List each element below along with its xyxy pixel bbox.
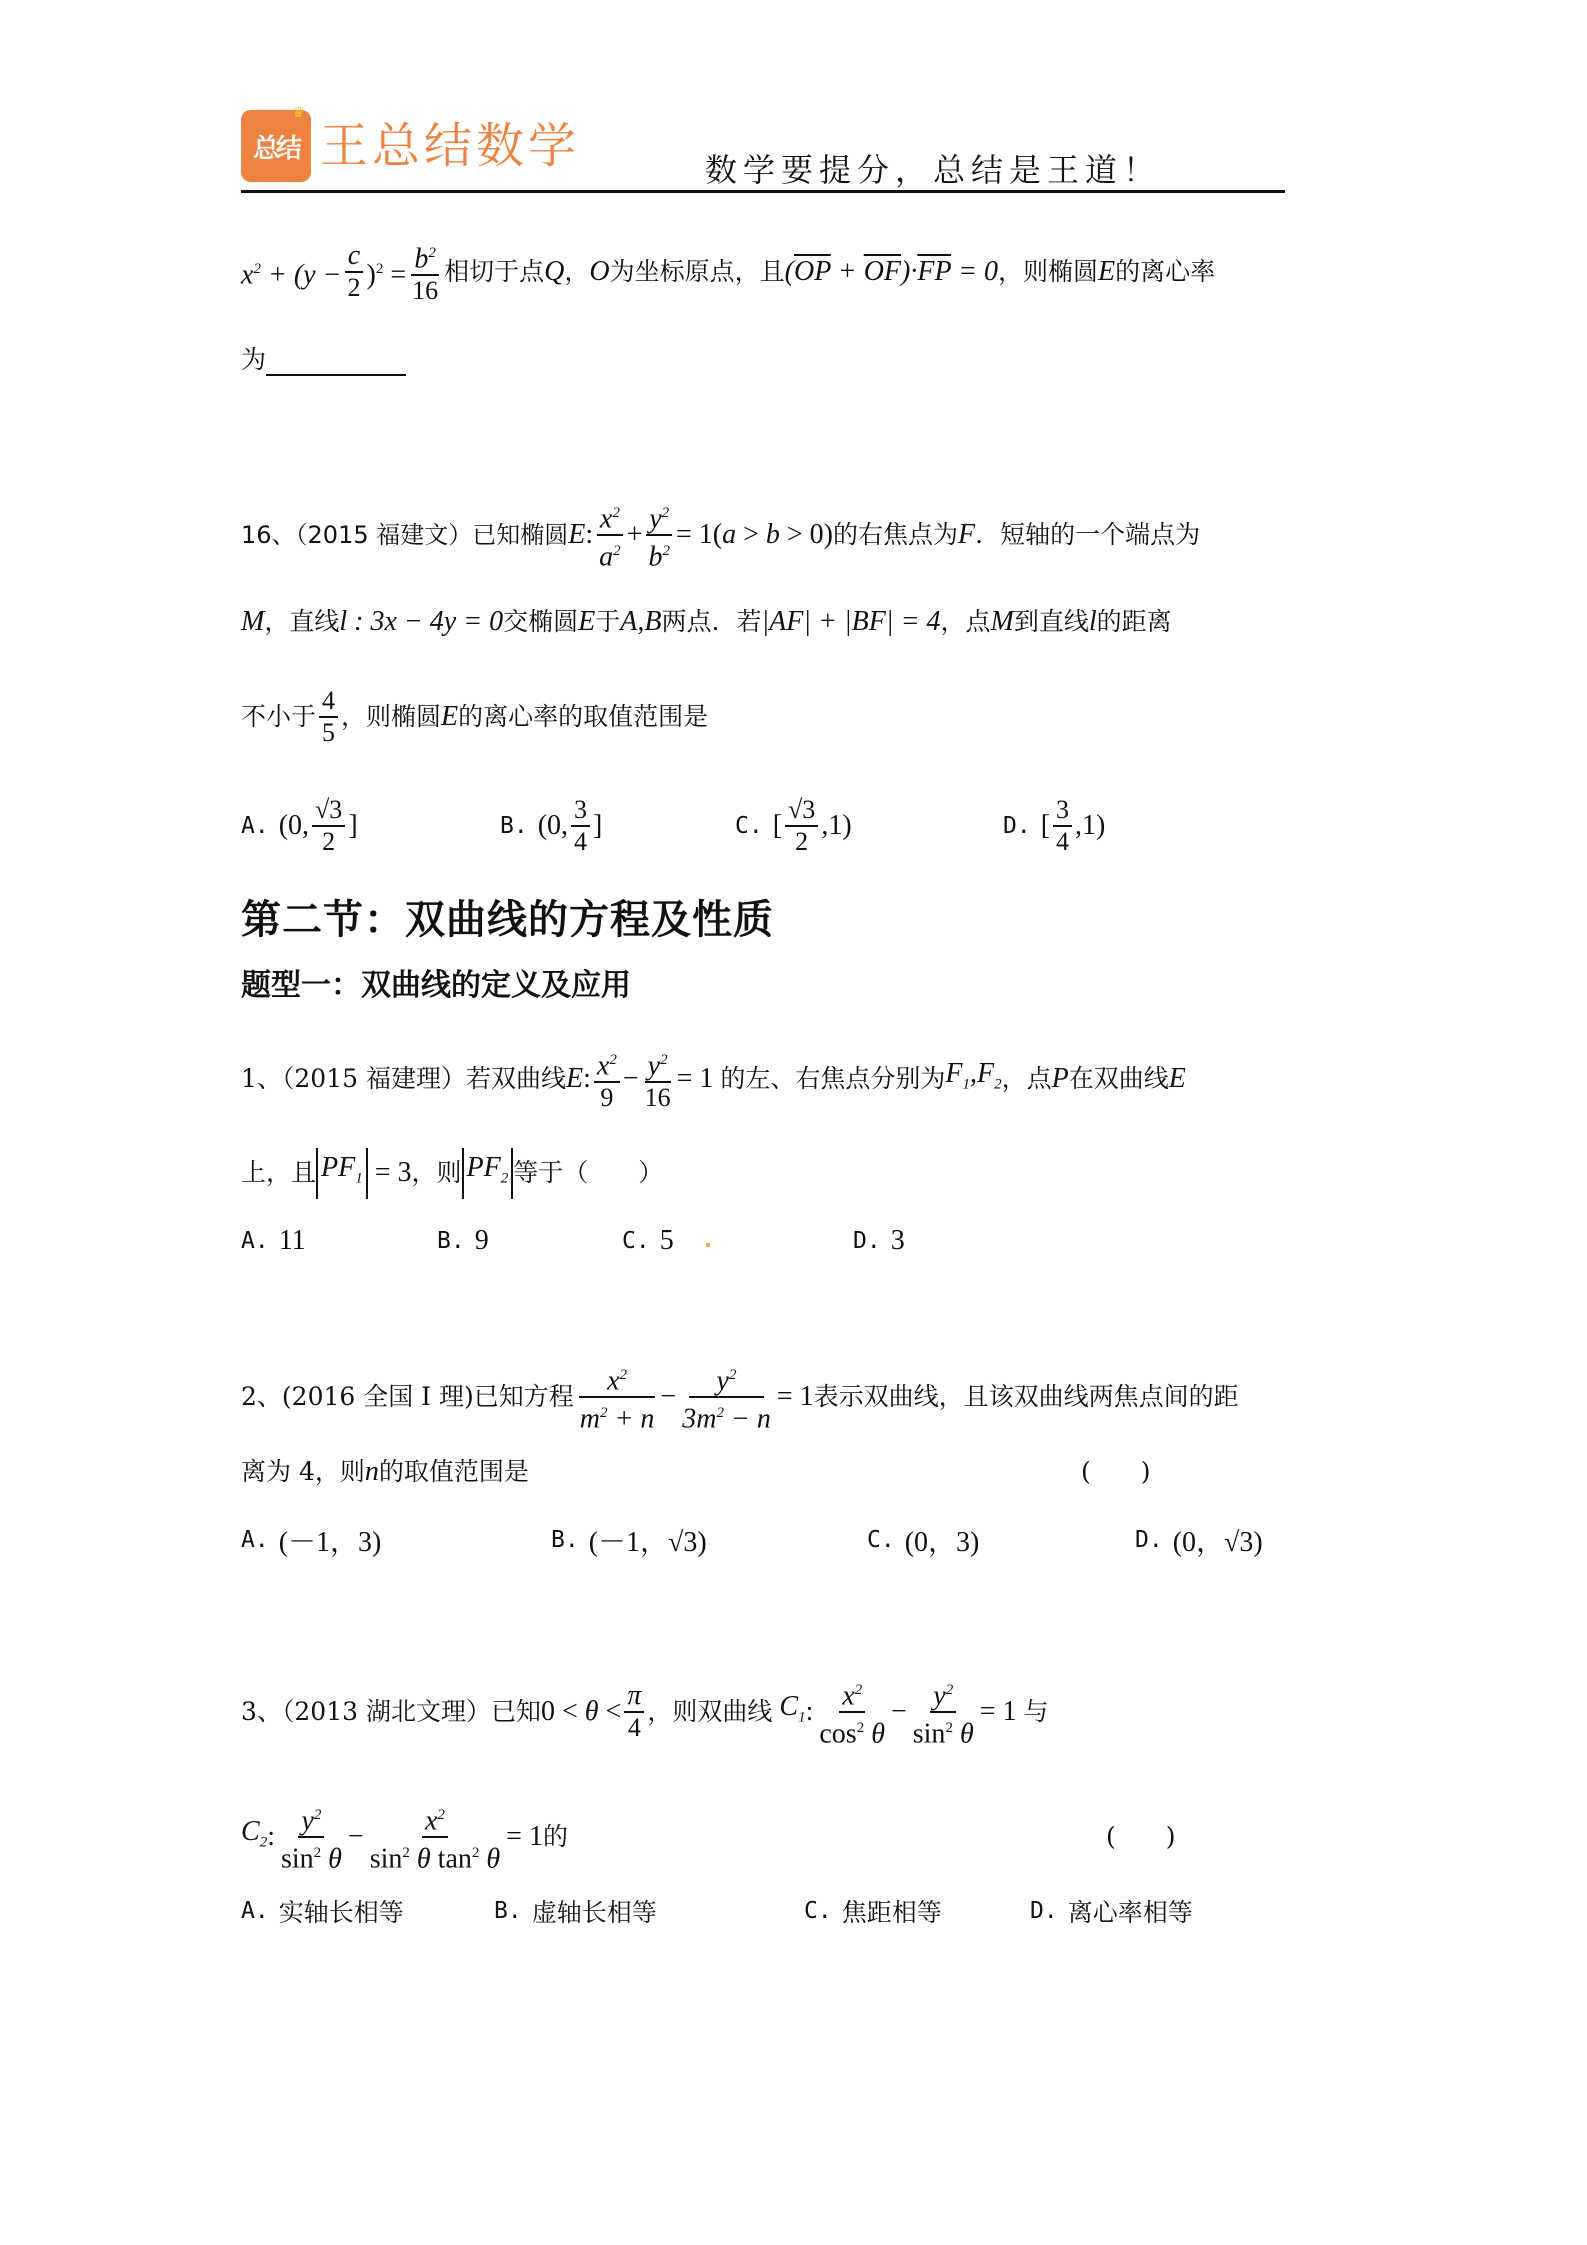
option-value: 虚轴长相等 bbox=[532, 1893, 657, 1929]
fraction-y2-b2: y2b2 bbox=[645, 498, 673, 573]
carryover-line-1: x2 + (y − c2 )2 = b216 相切于点 Q ， O 为坐标原点，… bbox=[241, 238, 1215, 306]
text: 的取值范围是 bbox=[379, 1452, 529, 1492]
text: 的离心率的取值范围是 bbox=[458, 697, 708, 737]
option-value: 实轴长相等 bbox=[279, 1893, 404, 1929]
q16-line-1: 16、（2015 福建文）已知椭圆 E: x2a2 + y2b2 = 1(a >… bbox=[241, 498, 1200, 573]
q1-line-2: 上，且 PF1 = 3 ，则 PF2 等于（ ） bbox=[241, 1148, 663, 1199]
option-label: A. bbox=[241, 1228, 269, 1254]
fraction-3-4: 34 bbox=[571, 795, 590, 857]
text: 的左、右焦点分别为 bbox=[720, 1059, 945, 1099]
text: 相切于点 bbox=[444, 252, 544, 292]
var-E: E bbox=[441, 697, 458, 737]
text: ，则双曲线 bbox=[647, 1692, 772, 1732]
fraction-y2-sin2: y2sin2 θ bbox=[278, 1800, 345, 1875]
abs-PF2: PF2 bbox=[462, 1148, 514, 1199]
math-circle-eq: x2 + (y − bbox=[241, 249, 342, 295]
q2-option-b[interactable]: B.(－1，√3) bbox=[551, 1520, 707, 1560]
stray-dot bbox=[706, 1243, 710, 1247]
curve-C2: C2 bbox=[241, 1812, 267, 1863]
var-E: E bbox=[1169, 1059, 1186, 1099]
q2-line-1: 2、(2016 全国 I 理)已知方程 x2m2 + n − y23m2 − n… bbox=[241, 1360, 1239, 1435]
var-E: E bbox=[568, 515, 585, 555]
option-value: (0，√3) bbox=[1173, 1520, 1263, 1560]
abs-condition: |AF| + |BF| = 4 bbox=[761, 602, 940, 642]
option-label: D. bbox=[1030, 1898, 1058, 1924]
text: 不小于 bbox=[241, 697, 316, 737]
text: ，则椭圆 bbox=[998, 252, 1098, 292]
q16-option-c[interactable]: C. [√32,1) bbox=[735, 795, 852, 857]
option-label: B. bbox=[551, 1527, 579, 1553]
text: 的 bbox=[543, 1817, 568, 1857]
fraction-3-4: 34 bbox=[1053, 795, 1072, 857]
text: 的右焦点为 bbox=[833, 515, 958, 555]
answer-parentheses[interactable]: ( ) bbox=[1106, 1817, 1176, 1857]
text: ．短轴的一个端点为 bbox=[975, 515, 1200, 555]
option-value: 9 bbox=[475, 1225, 489, 1257]
option-value: (0，3) bbox=[905, 1520, 980, 1560]
option-label: A. bbox=[241, 1527, 269, 1553]
option-label: A. bbox=[241, 813, 269, 839]
fraction-x2-cos2: x2cos2 θ bbox=[816, 1675, 888, 1750]
fraction-x2-m2n: x2m2 + n bbox=[577, 1360, 658, 1435]
q3-line-1: 3、（2013 湖北文理）已知 0 < θ < π4 ，则双曲线 C1: x2c… bbox=[241, 1675, 1049, 1750]
var-M: M bbox=[241, 602, 264, 642]
fraction-y2-16: y216 bbox=[642, 1045, 674, 1113]
q3-option-a[interactable]: A.实轴长相等 bbox=[241, 1893, 404, 1929]
text: 在双曲线 bbox=[1069, 1059, 1169, 1099]
crown-icon: ♛ bbox=[292, 108, 306, 118]
q2-option-c[interactable]: C.(0，3) bbox=[867, 1520, 979, 1560]
var-l: l bbox=[1089, 602, 1097, 642]
option-label: C. bbox=[735, 813, 763, 839]
text: 等于（ ） bbox=[513, 1153, 663, 1193]
q1-option-d[interactable]: D.3 bbox=[853, 1225, 905, 1257]
vector-expression: (OP + OF)·FP = 0 bbox=[785, 252, 998, 292]
var-F: F bbox=[958, 515, 975, 555]
option-value: 11 bbox=[279, 1225, 306, 1257]
logo-name: 王总结数学 bbox=[320, 116, 580, 176]
q2-line-2: 离为 4，则 n 的取值范围是 ( ) bbox=[241, 1452, 1281, 1492]
option-label: B. bbox=[437, 1228, 465, 1254]
question-prefix: 2、(2016 全国 I 理)已知方程 bbox=[241, 1377, 574, 1417]
option-label: D. bbox=[853, 1228, 881, 1254]
option-value: (－1，3) bbox=[279, 1520, 382, 1560]
q1-option-b[interactable]: B.9 bbox=[437, 1225, 489, 1257]
q3-option-b[interactable]: B.虚轴长相等 bbox=[494, 1893, 657, 1929]
var-M: M bbox=[990, 602, 1013, 642]
fraction-y2-sin2: y2sin2 θ bbox=[910, 1675, 977, 1750]
line-equation: l : 3x − 4y = 0 bbox=[339, 602, 503, 642]
text: ，则 bbox=[412, 1153, 462, 1193]
q1-line-1: 1、（2015 福建理）若双曲线 E: x29 − y216 = 1 的左、右焦… bbox=[241, 1045, 1186, 1113]
text: 两点．若 bbox=[661, 602, 761, 642]
q16-option-d[interactable]: D. [34,1) bbox=[1003, 795, 1105, 857]
text: 为坐标原点，且 bbox=[610, 252, 785, 292]
text: ，直线 bbox=[264, 602, 339, 642]
option-label: B. bbox=[500, 813, 528, 839]
option-label: C. bbox=[622, 1228, 650, 1254]
var-E: E bbox=[1098, 252, 1115, 292]
q2-option-a[interactable]: A.(－1，3) bbox=[241, 1520, 381, 1560]
var-AB: A,B bbox=[620, 602, 661, 642]
fraction-x2-sin2tan2: x2sin2 θ tan2 θ bbox=[367, 1800, 503, 1875]
option-label: D. bbox=[1003, 813, 1031, 839]
var-P: P bbox=[1052, 1059, 1069, 1099]
text: ，则椭圆 bbox=[341, 697, 441, 737]
section-title: 第二节：双曲线的方程及性质 bbox=[241, 888, 774, 945]
math-eq-mid: )2 = bbox=[367, 249, 407, 295]
var-O: O bbox=[589, 252, 609, 292]
question-prefix: 16、（2015 福建文）已知椭圆 bbox=[241, 515, 568, 555]
foci: F1,F2 bbox=[945, 1054, 1001, 1105]
carryover-line-2: 为 bbox=[241, 340, 406, 380]
q2-option-d[interactable]: D.(0，√3) bbox=[1135, 1520, 1263, 1560]
text: 与 bbox=[1024, 1692, 1049, 1732]
option-value: 离心率相等 bbox=[1068, 1893, 1193, 1929]
section-subtitle: 题型一：双曲线的定义及应用 bbox=[241, 960, 631, 1004]
q3-option-d[interactable]: D.离心率相等 bbox=[1030, 1893, 1193, 1929]
q1-option-c[interactable]: C.5 bbox=[622, 1225, 674, 1257]
fraction-c-over-2: c2 bbox=[345, 241, 364, 303]
text: 上，且 bbox=[241, 1153, 316, 1193]
answer-blank[interactable] bbox=[266, 344, 406, 376]
text: 离为 4，则 bbox=[241, 1452, 365, 1492]
text: ，点 bbox=[1002, 1059, 1052, 1099]
q1-option-a[interactable]: A.11 bbox=[241, 1225, 306, 1257]
option-label: A. bbox=[241, 1898, 269, 1924]
option-label: B. bbox=[494, 1898, 522, 1924]
abs-PF1: PF1 bbox=[316, 1148, 368, 1199]
answer-parentheses[interactable]: ( ) bbox=[1081, 1452, 1151, 1492]
option-label: C. bbox=[867, 1527, 895, 1553]
fraction-x2-9: x29 bbox=[594, 1045, 620, 1113]
q3-option-c[interactable]: C.焦距相等 bbox=[804, 1893, 942, 1929]
option-value: 3 bbox=[891, 1225, 905, 1257]
curve-C1: C1 bbox=[772, 1687, 805, 1738]
fraction-y2-3m2n: y23m2 − n bbox=[679, 1360, 774, 1435]
option-value: 5 bbox=[660, 1225, 674, 1257]
var-E: E bbox=[578, 602, 595, 642]
q3-line-2: C2: y2sin2 θ − x2sin2 θ tan2 θ = 1 的 ( ) bbox=[241, 1800, 1241, 1875]
fraction-sqrt3-2: √32 bbox=[785, 795, 818, 857]
text: 交椭圆 bbox=[503, 602, 578, 642]
text: 表示双曲线，且该双曲线两焦点间的距 bbox=[814, 1377, 1239, 1417]
q16-line-2: M ，直线 l : 3x − 4y = 0 交椭圆 E 于 A,B 两点．若 |… bbox=[241, 602, 1172, 642]
question-prefix: 3、（2013 湖北文理）已知 bbox=[241, 1692, 541, 1732]
q16-option-a[interactable]: A. (0,√32] bbox=[241, 795, 358, 857]
option-value: (－1，√3) bbox=[589, 1520, 707, 1560]
text: 于 bbox=[595, 602, 620, 642]
option-label: C. bbox=[804, 1898, 832, 1924]
text: 到直线 bbox=[1014, 602, 1089, 642]
text: ，点 bbox=[940, 602, 990, 642]
math-condition: = 1(a > b > 0) bbox=[676, 515, 833, 555]
text: ， bbox=[564, 252, 589, 292]
fraction-x2-a2: x2a2 bbox=[596, 498, 624, 573]
fraction-sqrt3-2: √32 bbox=[312, 795, 345, 857]
var-n: n bbox=[365, 1452, 379, 1492]
text: 的距离 bbox=[1097, 602, 1172, 642]
text: 的离心率 bbox=[1115, 252, 1215, 292]
slogan: 数学要提分，总结是王道！ bbox=[705, 150, 1161, 190]
option-label: D. bbox=[1135, 1527, 1163, 1553]
q16-line-3: 不小于 45 ，则椭圆 E 的离心率的取值范围是 bbox=[241, 686, 708, 748]
text: 为 bbox=[241, 340, 266, 380]
fraction-pi-4: π4 bbox=[624, 1681, 644, 1743]
var-Q: Q bbox=[544, 252, 564, 292]
header-divider bbox=[241, 190, 1285, 193]
option-value: 焦距相等 bbox=[842, 1893, 942, 1929]
fraction-4-5: 45 bbox=[319, 686, 338, 748]
question-prefix: 1、（2015 福建理）若双曲线 bbox=[241, 1059, 566, 1099]
q16-option-b[interactable]: B. (0,34] bbox=[500, 795, 602, 857]
fraction-b2-over-16: b216 bbox=[409, 238, 441, 306]
